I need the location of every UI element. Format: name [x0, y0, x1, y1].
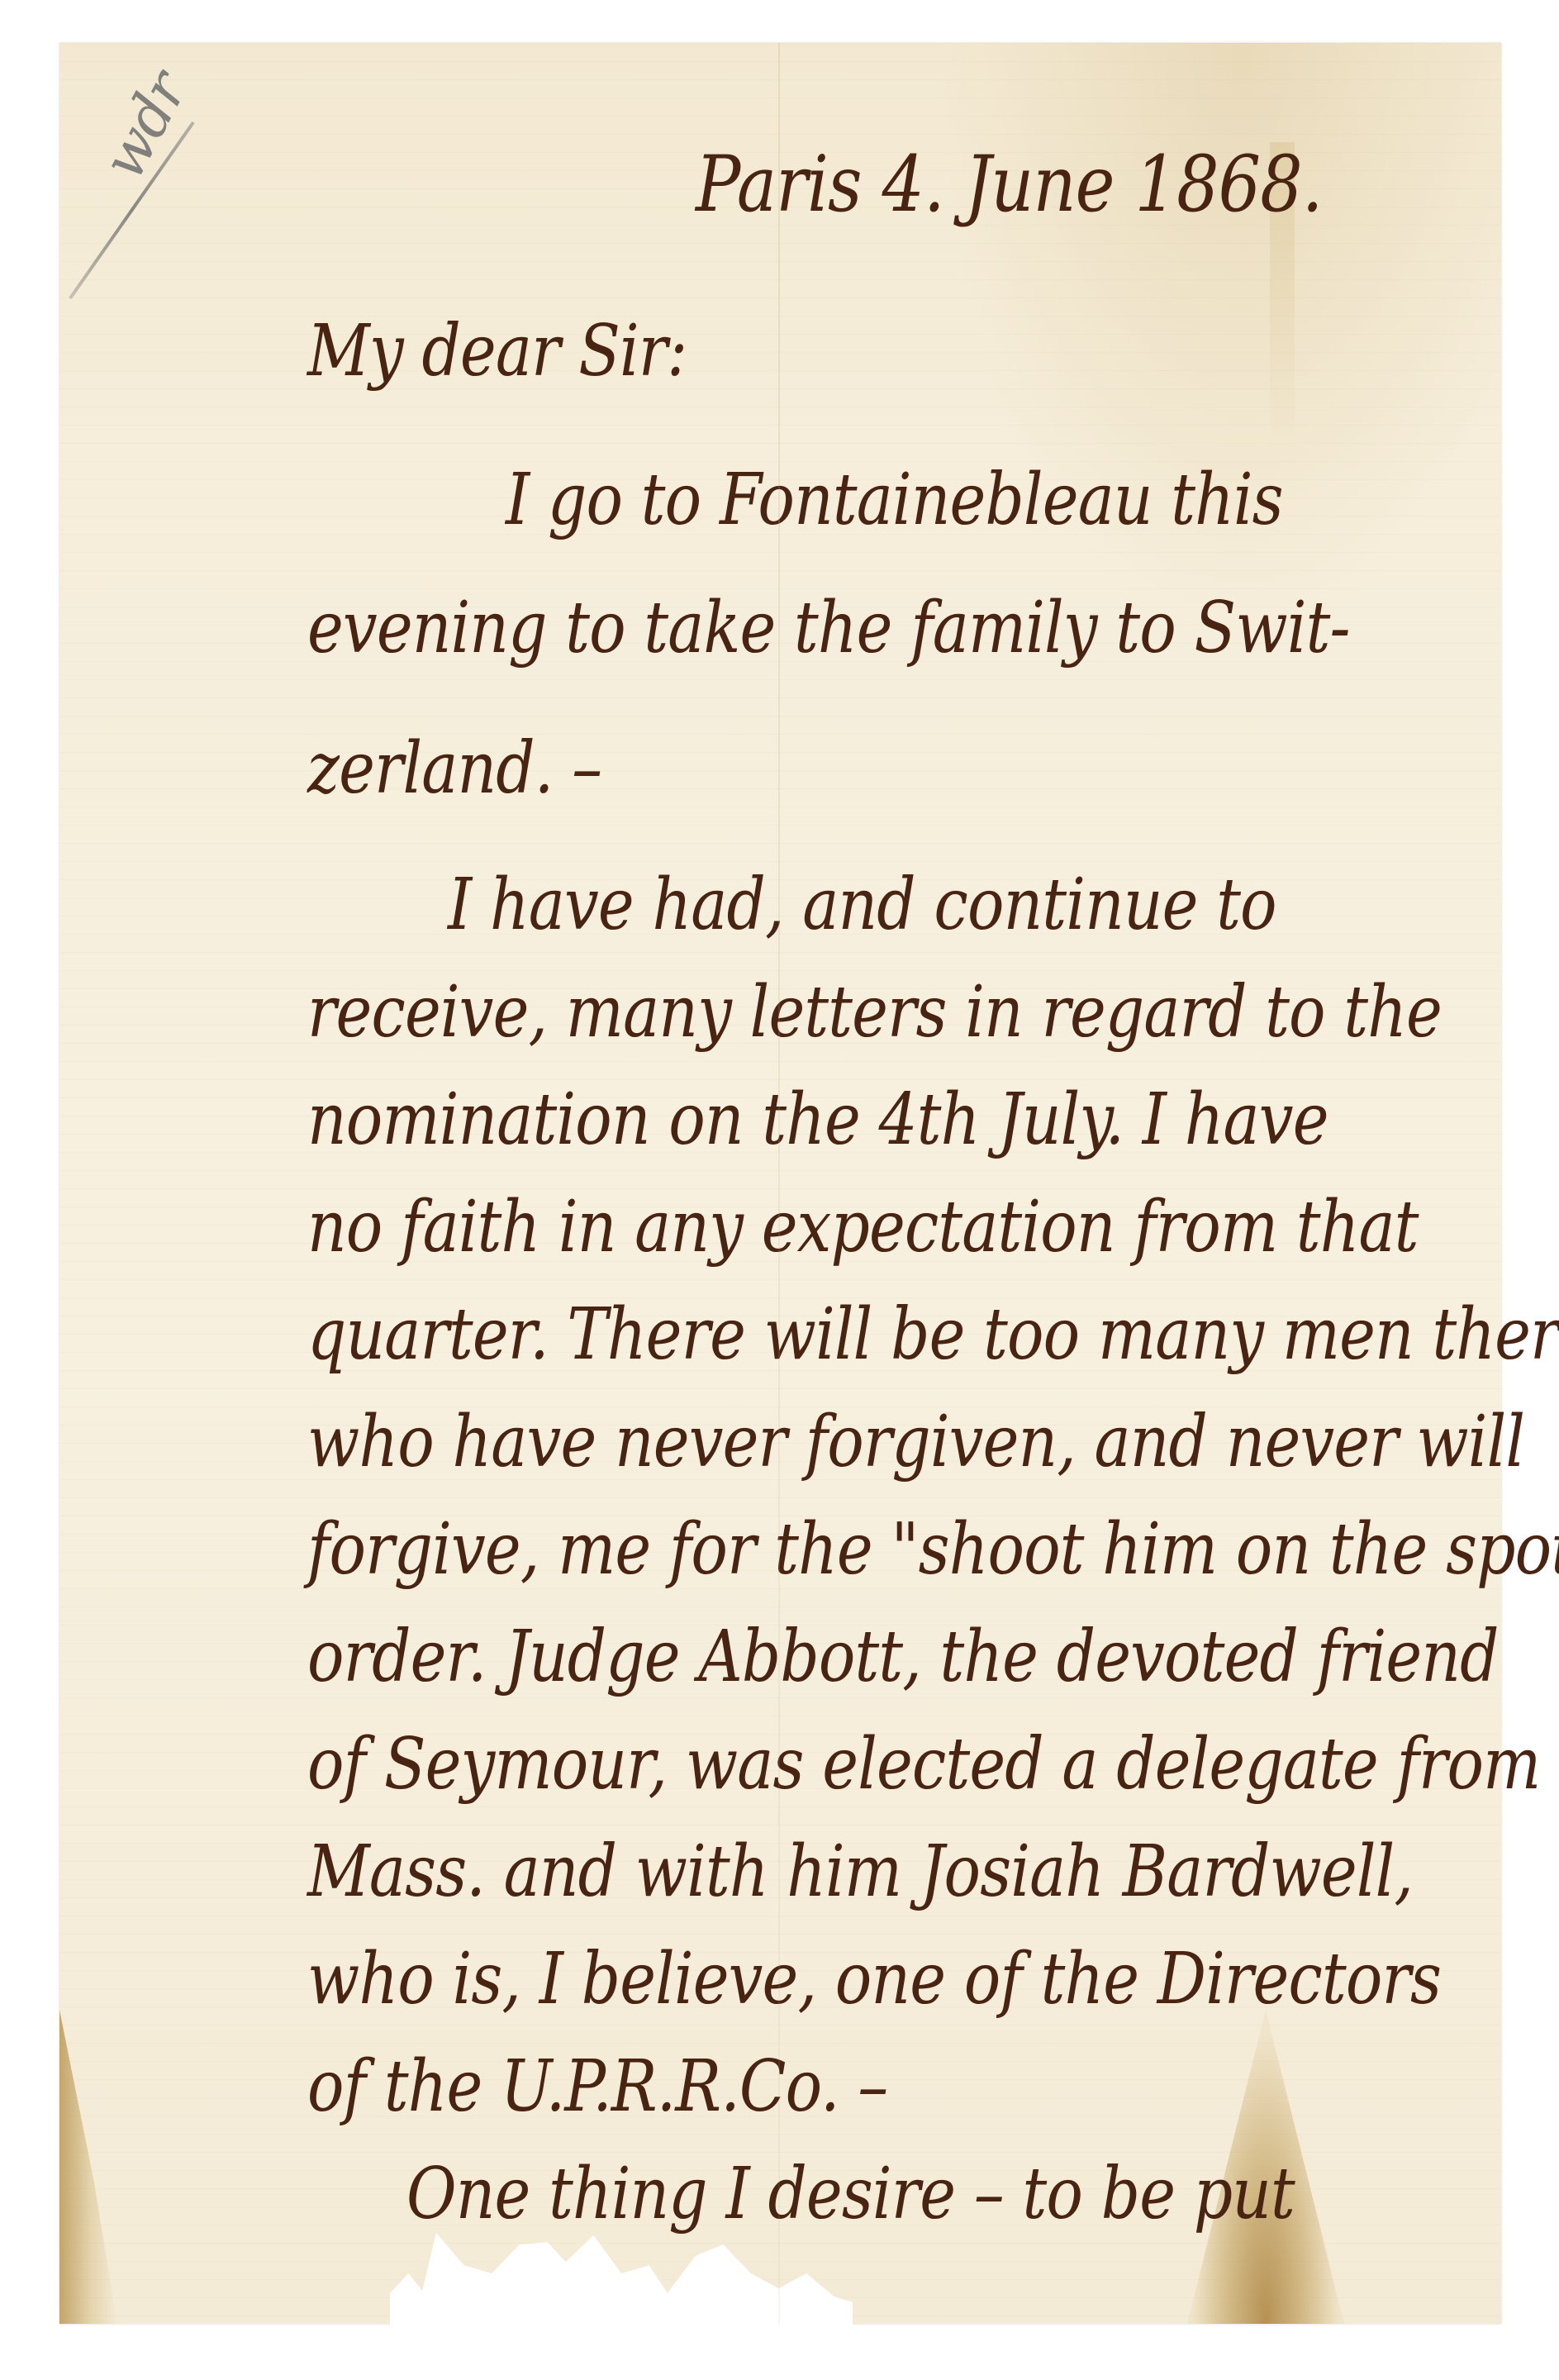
body-line-14: who is, I believe, one of the Directors	[307, 1944, 1441, 2015]
body-line-15: of the U.P.R.R.Co. –	[307, 2051, 887, 2122]
letter-sheet: wdr Paris 4. June 1868. My dear Sir: I g…	[59, 43, 1501, 2324]
body-line-2: evening to take the family to Swit-	[307, 593, 1350, 664]
body-line-3: zerland. –	[307, 733, 601, 804]
body-line-7: no faith in any expectation from that	[307, 1192, 1419, 1263]
dateline: Paris 4. June 1868.	[696, 146, 1323, 224]
salutation: My dear Sir:	[307, 316, 687, 387]
body-line-10: forgive, me for the "shoot him on the sp…	[307, 1514, 1559, 1585]
body-line-9: who have never forgiven, and never will	[307, 1407, 1524, 1478]
body-line-6: nomination on the 4th July. I have	[307, 1084, 1328, 1155]
body-line-8: quarter. There will be too many men ther…	[307, 1299, 1559, 1370]
body-line-12: of Seymour, was elected a delegate from	[307, 1729, 1540, 1800]
letter-text: Paris 4. June 1868. My dear Sir: I go to…	[59, 43, 1501, 2324]
body-line-1: I go to Fontainebleau this	[506, 464, 1283, 535]
body-line-5: receive, many letters in regard to the	[307, 977, 1442, 1048]
body-line-16: One thing I desire – to be put	[406, 2159, 1295, 2230]
body-line-4: I have had, and continue to	[448, 869, 1276, 940]
body-line-13: Mass. and with him Josiah Bardwell,	[307, 1836, 1413, 1907]
body-line-11: order. Judge Abbott, the devoted friend	[307, 1621, 1499, 1692]
